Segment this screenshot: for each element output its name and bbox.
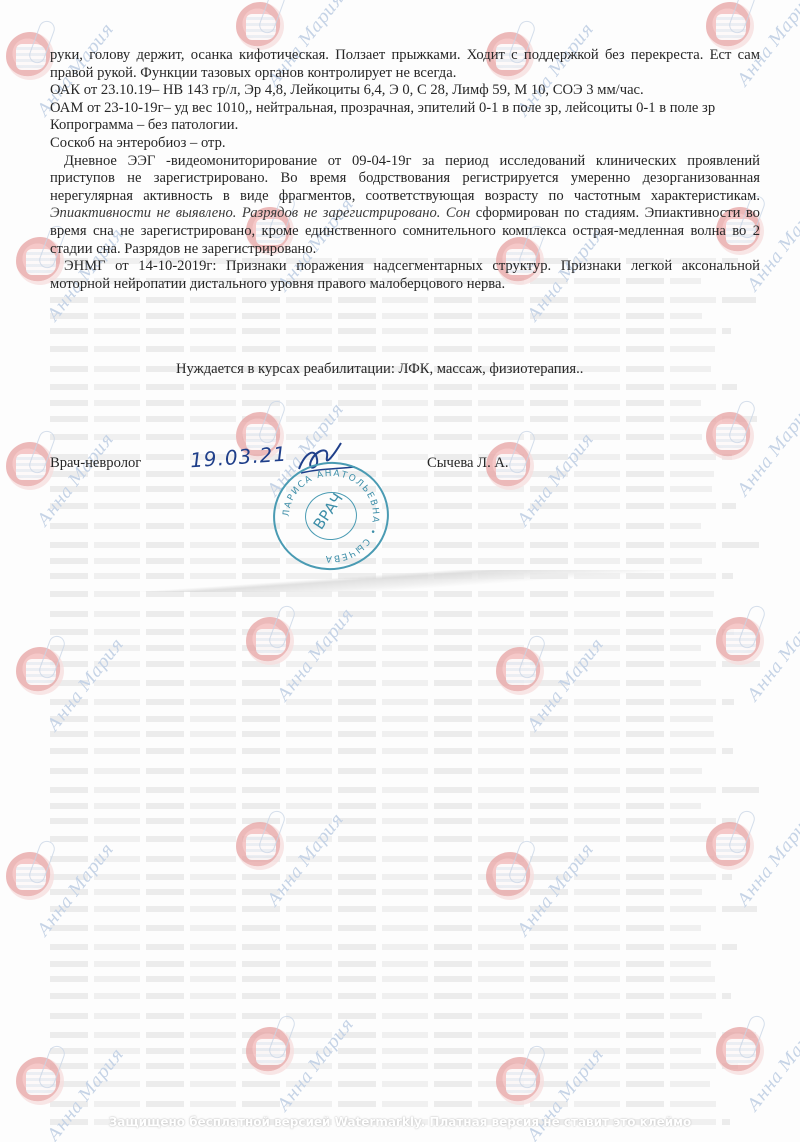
ghost-line	[50, 836, 712, 842]
ghost-line	[50, 1081, 710, 1087]
ghost-line	[50, 1013, 702, 1019]
ghost-line	[50, 503, 736, 509]
urine-test-line: ОАМ от 23-10-19г– уд вес 1010,, нейтраль…	[50, 100, 760, 118]
eeg-text-1: Дневное ЭЭГ -видеомониторирование от 09-…	[50, 153, 760, 204]
ghost-line	[50, 346, 715, 352]
scanned-page: Анна МарияАнна МарияАнна МарияАнна Мария…	[0, 0, 800, 1142]
ghost-line	[50, 787, 759, 793]
patient-status-paragraph: руки, голову держит, осанка кифотическая…	[50, 47, 760, 82]
ghost-line	[50, 976, 715, 982]
ghost-line	[50, 889, 702, 895]
doctor-name: Сычева Л. А.	[427, 455, 509, 472]
ghost-line	[50, 768, 702, 774]
rehabilitation-recommendation: Нуждается в курсах реабилитации: ЛФК, ма…	[176, 361, 583, 378]
ghost-line	[50, 874, 732, 880]
ghost-line	[50, 1101, 716, 1107]
ghost-line	[50, 944, 737, 950]
ghost-line	[50, 925, 701, 931]
ghost-line	[50, 818, 736, 824]
coprogram-line: Копрограмма – без патологии.	[50, 117, 760, 135]
ghost-line	[50, 416, 757, 422]
ghost-line	[50, 1032, 756, 1038]
ghost-line	[50, 993, 731, 999]
ghost-line	[50, 542, 759, 548]
ghost-line	[50, 629, 734, 635]
doctor-role: Врач-невролог	[50, 455, 141, 472]
signature-row: Врач-невролог 19.03.21 Сычева Л. А.	[50, 453, 750, 483]
ghost-line	[50, 906, 757, 912]
enterobiosis-line: Соскоб на энтеробиоз – отр.	[50, 135, 760, 153]
eeg-paragraph: Дневное ЭЭГ -видеомониторирование от 09-…	[50, 153, 760, 259]
ghost-line	[50, 716, 713, 722]
enmg-paragraph: ЭНМГ от 14-10-2019г: Признаки поражения …	[50, 258, 760, 293]
ghost-line	[50, 313, 702, 319]
ghost-line	[50, 856, 714, 862]
blood-test-line: ОАК от 23.10.19– НВ 143 гр/л, Эр 4,8, Ле…	[50, 82, 760, 100]
ghost-line	[50, 297, 756, 303]
ghost-line	[50, 1048, 701, 1054]
eeg-text-italic: Эпиактивности не выявлено. Разрядов не з…	[50, 205, 470, 221]
ghost-line	[50, 645, 701, 651]
ghost-line	[50, 961, 711, 967]
ghost-line	[50, 661, 760, 667]
ghost-line	[50, 434, 702, 440]
ghost-line	[50, 384, 737, 390]
watermark-footer-note: Защищено бесплатной версией Watermarkly.…	[0, 1115, 800, 1129]
ghost-line	[50, 611, 713, 617]
ghost-line	[50, 748, 733, 754]
paper-crease	[0, 570, 800, 592]
ghost-line	[50, 680, 701, 686]
doctor-stamp: ЛАРИСА АНАТОЛЬЕВНА • СЫЧЕВА ВРАЧ	[266, 454, 396, 577]
ghost-line	[50, 803, 701, 809]
document-body: руки, голову держит, осанка кифотическая…	[50, 47, 760, 293]
ghost-line	[50, 591, 714, 597]
ghost-line	[50, 328, 731, 334]
ghost-line	[50, 731, 714, 737]
ghost-line	[50, 400, 701, 406]
ghost-line	[50, 699, 734, 705]
ghost-line	[50, 1063, 738, 1069]
